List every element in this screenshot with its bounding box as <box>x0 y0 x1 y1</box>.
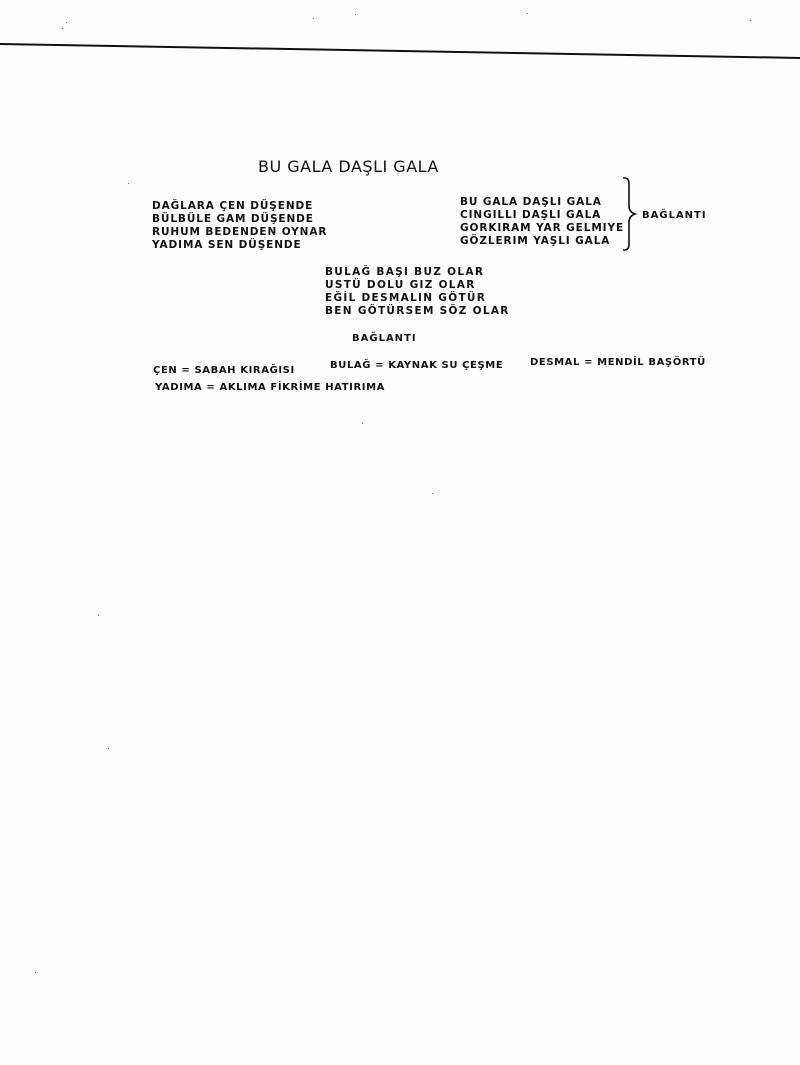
verse-line: DAĞLARA ÇEN DÜŞENDE <box>152 200 327 213</box>
verse-line: RUHUM BEDENDEN OYNAR <box>152 226 327 239</box>
refrain-line: GORKIRAM YAR GELMIYE <box>460 222 624 235</box>
verse-line: EĞİL DESMALIN GÖTÜR <box>325 292 510 305</box>
verse-line: YADIMA SEN DÜŞENDE <box>152 239 327 252</box>
glossary-entry: BULAĞ = KAYNAK SU ÇEŞME <box>330 360 503 371</box>
verse-2: BULAĞ BAŞI BUZ OLAR USTÜ DOLU GIZ OLAR E… <box>325 266 510 318</box>
refrain: BU GALA DAŞLI GALA CINGILLI DAŞLI GALA G… <box>460 196 624 248</box>
refrain-label: BAĞLANTI <box>642 210 707 221</box>
verse-line: BÜLBÜLE GAM DÜŞENDE <box>152 213 327 226</box>
glossary-entry: YADIMA = AKLIMA FİKRİME HATIRIMA <box>155 382 385 393</box>
curly-brace-icon <box>622 176 638 252</box>
verse-2-refrain-label: BAĞLANTI <box>352 333 417 344</box>
glossary-entry: ÇEN = SABAH KIRAĞISI <box>153 365 295 376</box>
verse-1: DAĞLARA ÇEN DÜŞENDE BÜLBÜLE GAM DÜŞENDE … <box>152 200 327 252</box>
refrain-line: CINGILLI DAŞLI GALA <box>460 209 624 222</box>
verse-line: BULAĞ BAŞI BUZ OLAR <box>325 266 510 279</box>
glossary-entry: DESMAL = MENDİL BAŞÖRTÜ <box>530 357 706 368</box>
scan-top-rule <box>0 43 800 59</box>
verse-line: USTÜ DOLU GIZ OLAR <box>325 279 510 292</box>
verse-line: BEN GÖTÜRSEM SÖZ OLAR <box>325 305 510 318</box>
song-title: BU GALA DAŞLI GALA <box>258 157 439 176</box>
refrain-line: BU GALA DAŞLI GALA <box>460 196 624 209</box>
refrain-line: GÖZLERIM YAŞLI GALA <box>460 235 624 248</box>
